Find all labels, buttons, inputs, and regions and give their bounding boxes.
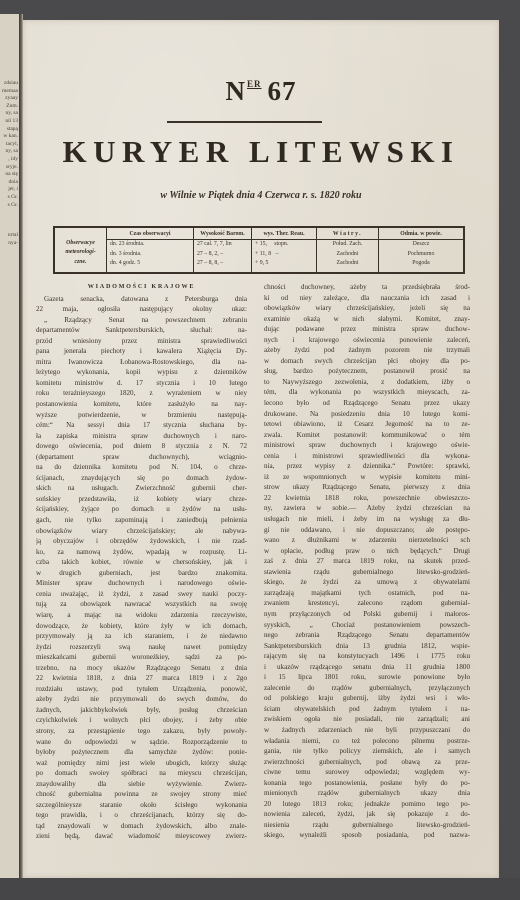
text-line: strow ukazy Rządzącego Senatu, pierwszy … bbox=[264, 482, 470, 493]
text-line: wyższe potwierdzenie, w brzmieniu następ… bbox=[36, 410, 247, 421]
previous-page-fragment: s Gr. bbox=[8, 194, 18, 202]
text-line: sońskiey przedstawiła, iż kobiety wiary … bbox=[36, 494, 247, 505]
weather-observations-table: Obserwacye meteorologi- czne. Czas obser… bbox=[53, 226, 465, 274]
text-line: postanowienia komitetu, które zasłużyło … bbox=[36, 399, 247, 410]
text-line: zieni będą, dawać wiadomość mieyscowey z… bbox=[36, 831, 247, 842]
text-line: na do dziennika komitetu pod N. 104, o c… bbox=[36, 462, 247, 473]
weather-cell: Zachodni bbox=[317, 259, 378, 268]
text-line: mienionych rządów gubernialnych ukazy dn… bbox=[264, 788, 470, 799]
previous-page-fragment: w kan. bbox=[3, 133, 18, 141]
number-prefix: N bbox=[225, 76, 246, 106]
number-superscript: ER bbox=[247, 79, 262, 89]
previous-page-fragment: s Gr. bbox=[8, 202, 18, 210]
text-line: rającym się na konstytucyach 1496 i 1775… bbox=[264, 651, 470, 662]
text-line: ażeby żydzi nie przyymowali do swych dom… bbox=[36, 694, 247, 705]
weather-cell: Pogoda bbox=[379, 259, 463, 268]
text-line: to Naywyższego zezwolenia, z dodatkiem, … bbox=[264, 377, 470, 388]
weather-cell: 27 – 8, 2, – bbox=[194, 250, 251, 259]
text-line: skiego, że żydzi za umową z obywatelami bbox=[264, 577, 470, 588]
text-line: czba takich kobiet, równie w chersońskie… bbox=[36, 557, 247, 568]
previous-page-fragment: nya- bbox=[8, 240, 18, 248]
weather-col-header: Czas obserwacyi bbox=[107, 228, 193, 240]
text-line: ścijańskiey, żyjące po domach u żydów na… bbox=[36, 504, 247, 515]
text-line: tąd znaydowali w domach żydowskich, albo… bbox=[36, 821, 247, 832]
text-line: usługach nie mieli, i żeby im na wysługę… bbox=[264, 514, 470, 525]
weather-cell: Zachodni bbox=[317, 250, 378, 259]
text-line: tego prawidła, i o chrześcijanach, którz… bbox=[36, 810, 247, 821]
text-line: iż ze wspomnionych w wypisie komitetu mi… bbox=[264, 472, 470, 483]
text-line: tetowi obiawiono, iż Cesarz Jegomość na … bbox=[264, 419, 470, 430]
text-line: tém, dla wykonania po wszystkich mieysca… bbox=[264, 387, 470, 398]
text-line: stawienia rządu gubernialnego litewsko-g… bbox=[264, 567, 470, 578]
text-line: skiego, wynaleźli sposob posiadania, pod… bbox=[264, 830, 470, 841]
text-line: wane do odpowiedzi w sądzie. Rozporządze… bbox=[36, 737, 247, 748]
text-line: ciwne temu surowey odpowiedzi; względem … bbox=[264, 767, 470, 778]
text-line: skich na usługach. Zwierzchność gubernii… bbox=[36, 483, 247, 494]
weather-col-header: wys. Ther. Reau. bbox=[252, 228, 316, 240]
previous-page-fragment: zdsiau bbox=[4, 80, 18, 88]
previous-page-fragment: tacyl, bbox=[6, 141, 18, 149]
text-line: drukowane. Na posiedzeniu dnia 10 lutego… bbox=[264, 409, 470, 420]
text-line: dowodzące, że kobiety, które żyły w ich … bbox=[36, 621, 247, 632]
text-line: żydzi rozszerzyli swą naukę nawet pomięd… bbox=[36, 642, 247, 653]
weather-cell: + 11, 8 – bbox=[252, 250, 316, 259]
previous-page-edge: zdsiaumemaazyaayZum.ny, sanil 13stapąw k… bbox=[0, 14, 19, 894]
text-line: ją obyczajów i obrzędów żydowskich, i ni… bbox=[36, 536, 247, 547]
masthead-title: KURYER LITEWSKI bbox=[23, 134, 499, 170]
text-line: Gazeta senacka, datowana z Petersburga d… bbox=[36, 294, 247, 305]
text-line: ściam obywatelskich pod żadnym tytułem i… bbox=[264, 704, 470, 715]
dateline: w Wilnie w Piątek dnia 4 Czerwca r. s. 1… bbox=[23, 190, 499, 201]
left-column-text: Gazeta senacka, datowana z Petersburga d… bbox=[36, 294, 247, 842]
right-column: chności duchowney, ażeby ta przedsiębrał… bbox=[264, 282, 470, 841]
previous-page-fragment: zyaay bbox=[5, 95, 18, 103]
text-line: nia, przez wypisy z dziennika.“ Powtóre:… bbox=[264, 461, 470, 472]
text-line: examinie okażą w nich słabymi. Komitet, … bbox=[264, 314, 470, 325]
text-line: czyichkolwiek i wolnych płci obojey, i ż… bbox=[36, 715, 247, 726]
text-line: chność gubernialna powinna ze swojey str… bbox=[36, 789, 247, 800]
previous-page-fragment: memaa bbox=[2, 88, 18, 96]
text-line: dując podawane przez ministra spraw duch… bbox=[264, 324, 470, 335]
text-line: żadnych, jakichbykolwiek były, posług ch… bbox=[36, 705, 247, 716]
text-line: gi nie oddawano, i nie dopuszczano; ale … bbox=[264, 525, 470, 536]
weather-col-header: Wysokość Barom. bbox=[194, 228, 251, 240]
text-line: chności duchowney, ażeby ta przedsiębrał… bbox=[264, 282, 470, 293]
text-line: 20 lutego 1813 roku; jednakże pomimo teg… bbox=[264, 799, 470, 810]
text-line: wano z dłużnikami w zdarzeniu nierzeteln… bbox=[264, 535, 470, 546]
text-line: ażeby żydzi pod żadnym pozorem nie trzym… bbox=[264, 345, 470, 356]
scan-background-bottom bbox=[0, 878, 520, 900]
weather-col-thermometer: wys. Ther. Reau. + 15, stopn. + 11, 8 – … bbox=[252, 228, 317, 272]
previous-page-fragment: ny, sa bbox=[6, 148, 18, 156]
text-line: obowiązków wiary chrześcijańskiey, jeżel… bbox=[264, 303, 470, 314]
text-line: zwiskiem ogoła nie posiadali, nie zarząd… bbox=[264, 714, 470, 725]
weather-cell: Deszcz bbox=[379, 240, 463, 249]
right-column-text: chności duchowney, ażeby ta przedsiębrał… bbox=[264, 282, 470, 841]
text-line: Minister spraw duchownych i narodowego o… bbox=[36, 578, 247, 589]
previous-page-fragment: jet, i bbox=[8, 186, 18, 194]
weather-col-barometer: Wysokość Barom. 27 cal. 7, 7, lin 27 – 8… bbox=[194, 228, 252, 272]
text-line: znaydowaliby dla siebie wyżywienie. Zwie… bbox=[36, 779, 247, 790]
text-line: gach, nie tylko zapominają i zaniedbują … bbox=[36, 515, 247, 526]
text-line: trzebno, na mocy ukazów Rządzącego Senat… bbox=[36, 663, 247, 674]
text-line: cenia i ministrowi sprawiedliwości dla w… bbox=[264, 451, 470, 462]
text-line: w opłacie, podług praw o nich będących.“… bbox=[264, 546, 470, 557]
weather-cell: Połud. Zach. bbox=[317, 240, 378, 249]
text-line: przyymowały ją za ich staraniem, i że ni… bbox=[36, 631, 247, 642]
text-line: nowienia zaleceń, żydzi, jak się pokazuj… bbox=[264, 809, 470, 820]
text-line: konania tego postanowienia, posłane były… bbox=[264, 778, 470, 789]
text-line: ko, za namową żydów, wpadają w rozpustę.… bbox=[36, 547, 247, 558]
weather-label-line: czne. bbox=[57, 258, 104, 267]
text-line: ki od niey zależące, dla nauczania ich z… bbox=[264, 293, 470, 304]
text-line: pana jenerała piechoty i kawalera Xiążęc… bbox=[36, 346, 247, 357]
text-line: departamentów Sanktpetersburskich, słuch… bbox=[36, 325, 247, 336]
text-line: syyskich, „ Chociaż postanowieniem powsz… bbox=[264, 620, 470, 631]
text-line: wiarę, a mając na widoku zdarzenia rzecz… bbox=[36, 610, 247, 621]
left-column: WIADOMOŚCI KRAJOWE Gazeta senacka, datow… bbox=[36, 282, 247, 842]
text-line: nym przyłączonych od Polski gubernij i m… bbox=[264, 609, 470, 620]
weather-label-line: meteorologi- bbox=[57, 248, 104, 257]
text-line: nego zebrania Rządzącego Senatu departam… bbox=[264, 630, 470, 641]
text-line: zwaniem krestencyi, zalecono rządom gube… bbox=[264, 598, 470, 609]
number-value: 67 bbox=[268, 76, 297, 106]
weather-label-line: Obserwacye bbox=[57, 239, 104, 248]
text-line: 22 kwietnia 1818 roku, powszechnie obwie… bbox=[264, 493, 470, 504]
text-line: tują za obowiązek nawracać wszystkich na… bbox=[36, 599, 247, 610]
weather-col-wind: Wiatry. Połud. Zach. Zachodni Zachodni bbox=[317, 228, 379, 272]
text-line: i ukazów rządzącego senatu dnia 11 grudn… bbox=[264, 662, 470, 673]
text-line: od polskiego kraju gubernij, iżby żydzi … bbox=[264, 693, 470, 704]
previous-page-fragment: sryje. bbox=[6, 164, 18, 172]
text-line: gania, nie tylko policyy ziemskich, ale … bbox=[264, 746, 470, 757]
previous-page-fragment: nrtal bbox=[8, 232, 18, 240]
text-line: zwierzchności gubernialnych, pod obawą z… bbox=[264, 757, 470, 768]
weather-col-header: Wiatry. bbox=[317, 228, 378, 240]
text-line: nych i krajowego oświecenia ponowienie z… bbox=[264, 335, 470, 346]
text-line: w domach swych chrześcijan płci obojey d… bbox=[264, 356, 470, 367]
weather-label-cell: Obserwacye meteorologi- czne. bbox=[55, 228, 107, 272]
text-line: lecono było od Rządzącego Senatu przez u… bbox=[264, 398, 470, 409]
weather-cell: Pochmurno bbox=[379, 250, 463, 259]
weather-cell: + 15, stopn. bbox=[252, 240, 316, 249]
text-line: strony, za przestąpienie tego zakazu, by… bbox=[36, 726, 247, 737]
previous-page-fragment: nil 13 bbox=[5, 118, 18, 126]
text-line: ny, zawiera w sobie.— Ażeby żydzi chrześ… bbox=[264, 503, 470, 514]
previous-page-fragment: Zum. bbox=[6, 103, 18, 111]
text-line: ścijanach, znaydujących się po domach ży… bbox=[36, 473, 247, 484]
weather-cell: dn. 3 środnia. bbox=[107, 250, 193, 259]
text-line: przód wniesiony przez ministra sprawiedl… bbox=[36, 336, 247, 347]
weather-col-conditions: Odmia. w powie. Deszcz Pochmurno Pogoda bbox=[379, 228, 463, 272]
text-line: dowego oświecenia, pod dniem 8 stycznia … bbox=[36, 441, 247, 452]
text-line: władania niemi, co też polecono pilnemu … bbox=[264, 736, 470, 747]
issue-number: NER67 bbox=[23, 76, 499, 107]
text-line: zwala. Komitet postanowił: kommunikować … bbox=[264, 430, 470, 441]
text-line: ministrowi spraw duchownych i krajowego … bbox=[264, 440, 470, 451]
weather-cell: 27 – 8, 8, – bbox=[194, 259, 251, 268]
text-line: w drugich guberniach, jest bardzo znakom… bbox=[36, 568, 247, 579]
text-line: zaś z dnia 27 marca 1819 roku, na skutek… bbox=[264, 556, 470, 567]
text-line: i 15 lipca 1801 roku, surowie ponowione … bbox=[264, 672, 470, 683]
article-columns: WIADOMOŚCI KRAJOWE Gazeta senacka, datow… bbox=[36, 282, 474, 862]
text-line: cenia uważając, iż żydzi, z zasad swey n… bbox=[36, 589, 247, 600]
previous-page-fragment: dnia bbox=[9, 179, 18, 187]
newspaper-page: NER67 KURYER LITEWSKI w Wilnie w Piątek … bbox=[23, 20, 499, 878]
previous-page-fragment: stapą bbox=[7, 126, 18, 134]
weather-cell: dn. 23 środnia. bbox=[107, 240, 193, 249]
text-line: zalecenie do rządów gubernialnych, przył… bbox=[264, 683, 470, 694]
previous-page-fragment: na się bbox=[5, 171, 18, 179]
text-line: 22 maja, ogłosiła następujący okolny uka… bbox=[36, 304, 247, 315]
text-line: ła zapiska ministra spraw duchownych i n… bbox=[36, 431, 247, 442]
weather-col-header: Odmia. w powie. bbox=[379, 228, 463, 240]
text-line: „ Rządzący Senat na powszechnem zebraniu bbox=[36, 315, 247, 326]
text-line: rozdziału ustawy, pod tytułem Urządzenia… bbox=[36, 684, 247, 695]
weather-cell: dn. 4 godz. 5 bbox=[107, 259, 193, 268]
text-line: (departament spraw duchownych), wciągnio… bbox=[36, 452, 247, 463]
text-line: obowiązków wiary chrześcijańskiey; ale n… bbox=[36, 526, 247, 537]
section-title: WIADOMOŚCI KRAJOWE bbox=[36, 282, 247, 293]
text-line: Sanktpetersburskich dnia 13 grudnia 1812… bbox=[264, 641, 470, 652]
weather-cell: 27 cal. 7, 7, lin bbox=[194, 240, 251, 249]
text-line: roku teraźnieyszego 1820, z wyrażeniem w… bbox=[36, 388, 247, 399]
text-line: mitra Iwanowicza Łobanowa-Rostowskiego, … bbox=[36, 357, 247, 368]
text-line: leżytego wykonania, kopii wypisu z dzien… bbox=[36, 367, 247, 378]
header-rule bbox=[167, 121, 322, 123]
text-line: po domach swoiey spółbraci na mieyscu ch… bbox=[36, 768, 247, 779]
text-line: byłoby pożytecznem dla samychże żydów: p… bbox=[36, 747, 247, 758]
text-line: w żadnych zdarzeniach nie byli przypuszc… bbox=[264, 725, 470, 736]
text-line: cém:“ Na sessyi dnia 17 stycznia słuchan… bbox=[36, 420, 247, 431]
text-line: komitetu ministrów d. 17 stycznia i 10 l… bbox=[36, 378, 247, 389]
previous-page-fragment: ny, sa bbox=[6, 110, 18, 118]
text-line: sług, bardzo pożytecznem, postanowił pro… bbox=[264, 366, 470, 377]
previous-page-fragment: , idy bbox=[8, 156, 18, 164]
weather-col-time: Czas obserwacyi dn. 23 środnia. dn. 3 śr… bbox=[107, 228, 194, 272]
text-line: szczególnieysze staranie około ścisłego … bbox=[36, 800, 247, 811]
text-line: mieszkańcami gubernii woroneżkiey, sądzi… bbox=[36, 652, 247, 663]
text-line: 22 kwietnia 1818, z dnia 27 marca 1819 i… bbox=[36, 673, 247, 684]
text-line: niesienia rządu gubernialnego litewsko-g… bbox=[264, 820, 470, 831]
weather-cell: + 9, 5 bbox=[252, 259, 316, 268]
text-line: zarządzają majątkami tych ostatnich, pod… bbox=[264, 588, 470, 599]
text-line: waż pomiędzy nimi jest wiele ubogich, kt… bbox=[36, 758, 247, 769]
